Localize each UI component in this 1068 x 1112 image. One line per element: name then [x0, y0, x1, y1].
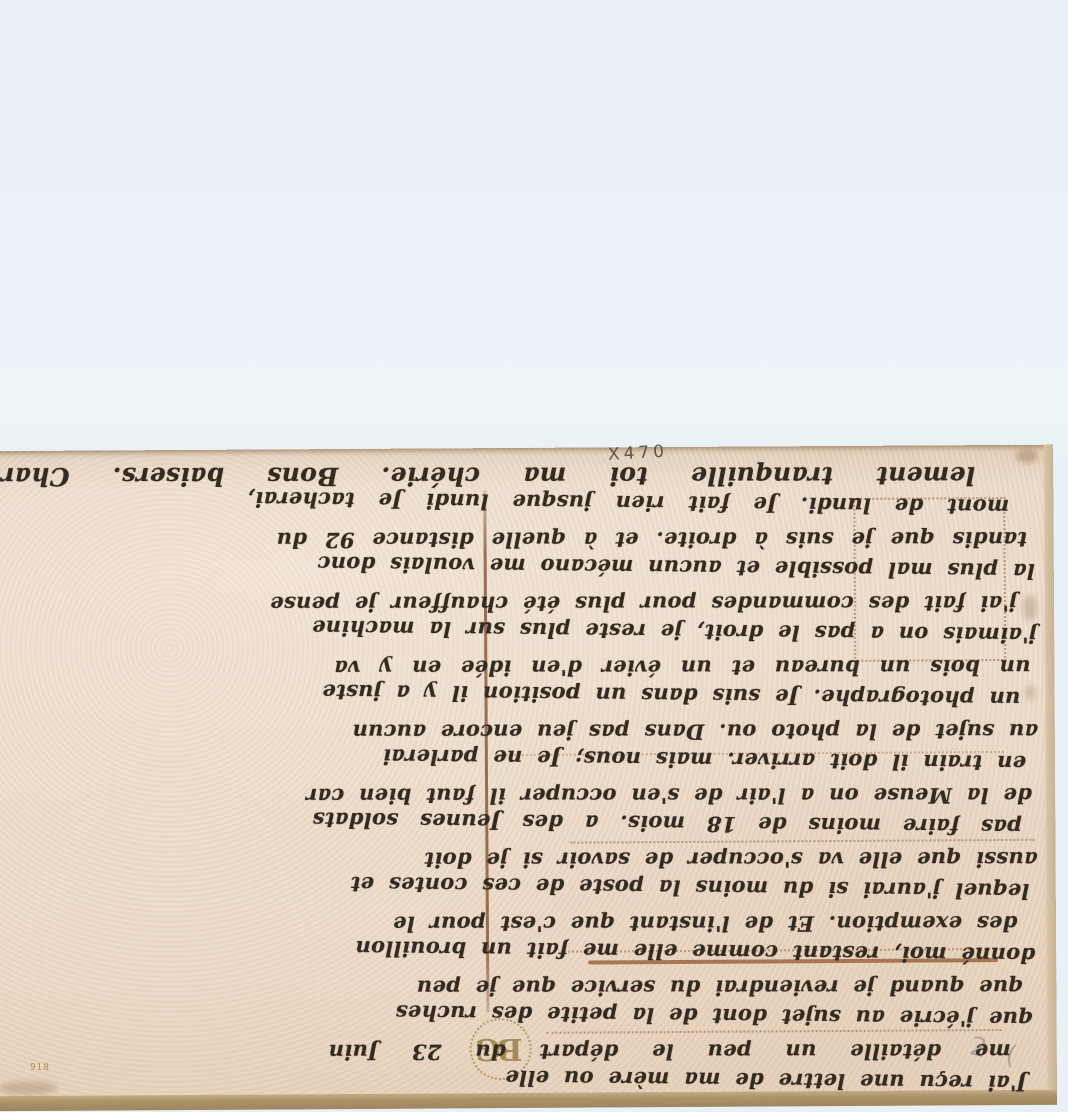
postcard: BG 918 2 ( X470 J'ai reçu une lettre de … [0, 445, 1057, 1112]
handwriting-line: lement tranquille toi ma chérie. Bons ba… [5, 459, 1039, 492]
handwriting-line: aussi que elle va s'occuper de savoir si… [4, 843, 1038, 876]
handwriting-line: j'ai fait des commandes pour plus été ch… [5, 587, 1039, 620]
handwriting-line: me détaille un peu le départ du 23 Juin [3, 1035, 1037, 1068]
handwriting-line: un bois un bureau et un évier d'en idée … [4, 651, 1038, 684]
handwriting-line: de la Meuse on a l'air de s'en occuper i… [4, 779, 1038, 812]
handwriting-line: que quand je reviendrai du service que j… [3, 971, 1037, 1004]
background [0, 0, 1068, 460]
postcard-right-edge [1044, 445, 1057, 1105]
handwriting-line: des exemption. Et de l'instant que c'est… [3, 907, 1037, 940]
handwriting-line: au sujet de la photo ou. Dans pas jeu en… [4, 715, 1038, 748]
photograph-scene: BG 918 2 ( X470 J'ai reçu une lettre de … [0, 0, 1068, 1112]
handwriting-line: tandis que je suis à droite. et à quelle… [5, 523, 1039, 556]
handwritten-message: J'ai reçu une lettre de ma mère ou elle … [3, 451, 1040, 1100]
